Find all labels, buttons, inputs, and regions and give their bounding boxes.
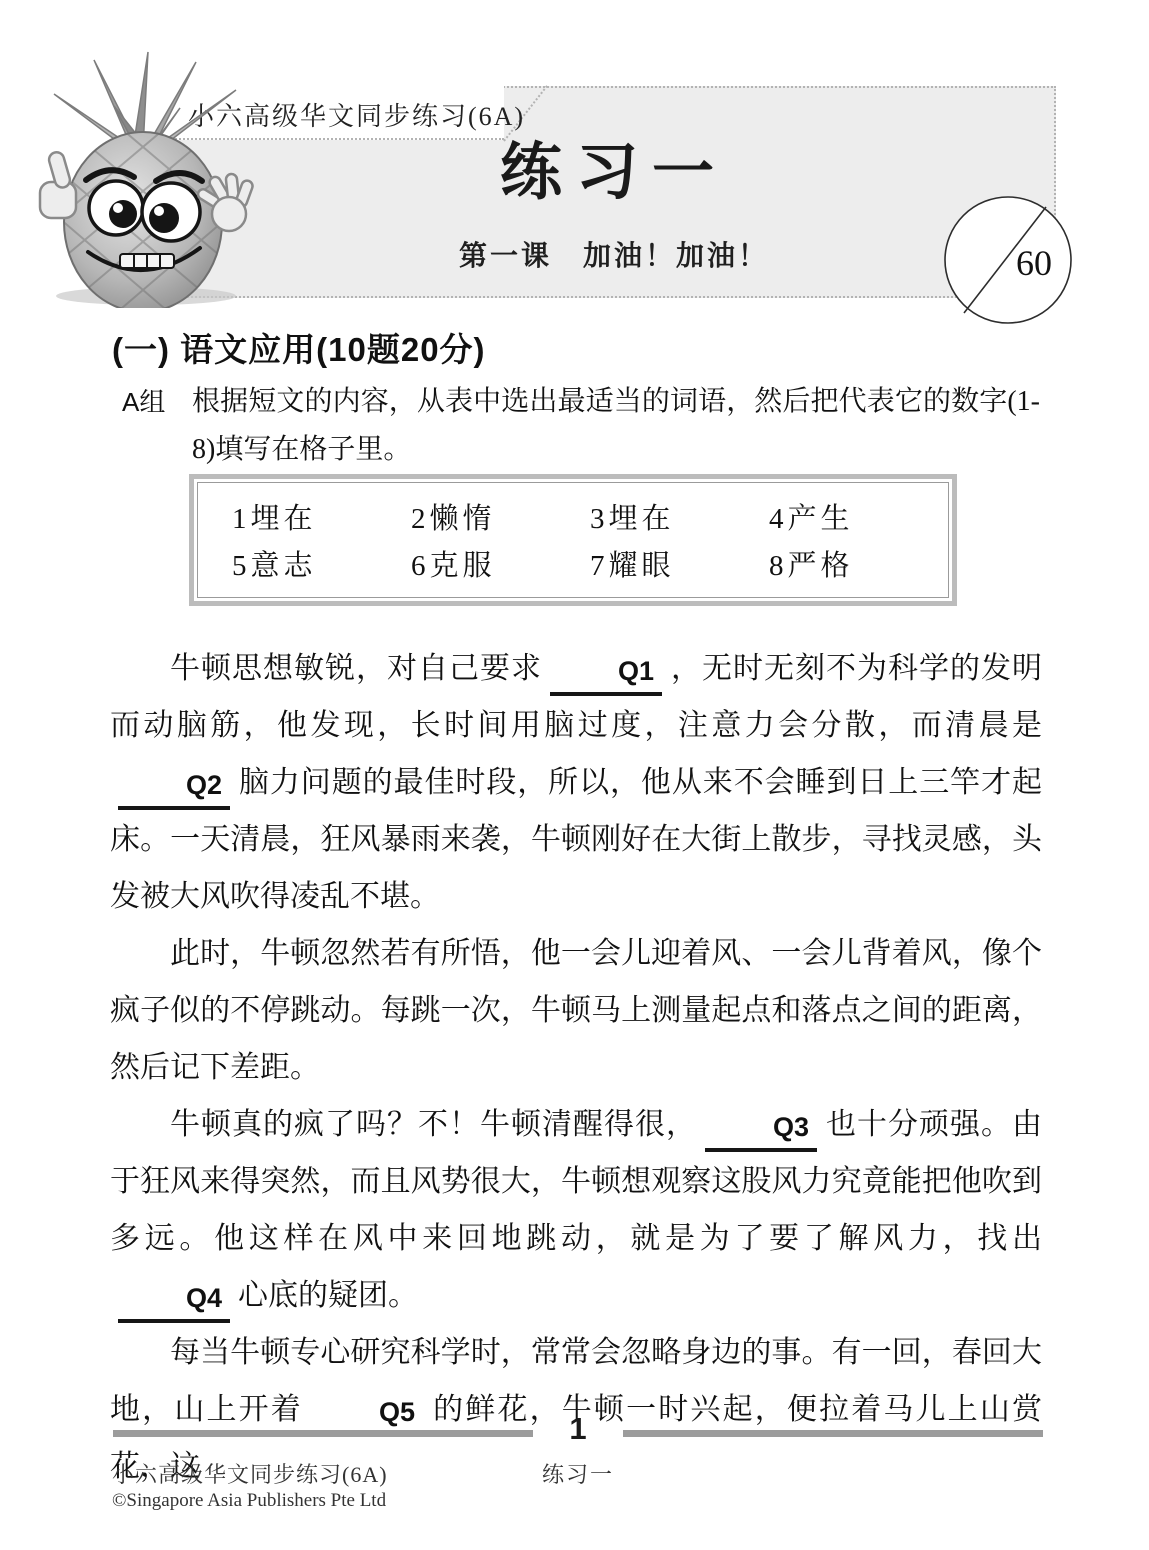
footer-rule-left [113, 1430, 533, 1437]
passage-paragraph: 牛顿真的疯了吗？不！牛顿清醒得很，Q3也十分顽强。由于狂风来得突然，而且风势很大… [110, 1096, 1042, 1324]
word-bank-item: 1埋在 [232, 496, 411, 537]
header-banner: 小六高级华文同步练习(6A) 练习一 第一课 加油！加油！ [172, 86, 1056, 298]
word-bank-item: 4产生 [769, 496, 948, 537]
footer-book-title: 小六高级华文同步练习(6A) [112, 1458, 388, 1489]
score-total: 60 [1016, 243, 1052, 283]
workbook-page: 小六高级华文同步练习(6A) 练习一 第一课 加油！加油！ [0, 0, 1149, 1550]
answer-blank-q1: Q1 [550, 652, 662, 696]
answer-blank-q2: Q2 [118, 766, 230, 810]
word-bank-table: 1埋在 2懒惰 3埋在 4产生 5意志 6克服 7耀眼 8严格 [197, 482, 949, 598]
footer-copyright: ©Singapore Asia Publishers Pte Ltd [112, 1490, 386, 1512]
page-number: 1 [548, 1411, 608, 1447]
word-bank-item: 7耀眼 [590, 543, 769, 584]
passage-paragraph: 此时，牛顿忽然若有所悟，他一会儿迎着风、一会儿背着风，像个疯子似的不停跳动。每跳… [110, 925, 1042, 1096]
passage-paragraph: 牛顿思想敏锐，对自己要求Q1，无时无刻不为科学的发明而动脑筋，他发现，长时间用脑… [110, 640, 1042, 925]
footer-rule-right [623, 1430, 1043, 1437]
group-a-row: A组 根据短文的内容，从表中选出最适当的词语，然后把代表它的数字(1-8)填写在… [122, 378, 1040, 474]
word-bank-item: 2懒惰 [411, 496, 590, 537]
lesson-subtitle: 第一课 加油！加油！ [174, 234, 1054, 274]
group-label: A组 [122, 378, 186, 419]
reading-passage: 牛顿思想敏锐，对自己要求Q1，无时无刻不为科学的发明而动脑筋，他发现，长时间用脑… [110, 640, 1042, 1495]
word-bank-item: 5意志 [232, 543, 411, 584]
word-bank-item: 3埋在 [590, 496, 769, 537]
pineapple-mascot-icon [28, 50, 256, 313]
answer-blank-q4: Q4 [118, 1279, 230, 1323]
page-title: 练习一 [174, 122, 1054, 211]
answer-blank-q3: Q3 [705, 1108, 817, 1152]
group-instruction: 根据短文的内容，从表中选出最适当的词语，然后把代表它的数字(1-8)填写在格子里… [192, 378, 1040, 474]
word-bank-item: 6克服 [411, 543, 590, 584]
word-bank-item: 8严格 [769, 543, 948, 584]
score-circle-icon: 60 [942, 194, 1074, 331]
footer-exercise-label: 练习一 [518, 1458, 638, 1489]
section-heading: (一) 语文应用(10题20分) [112, 324, 486, 371]
